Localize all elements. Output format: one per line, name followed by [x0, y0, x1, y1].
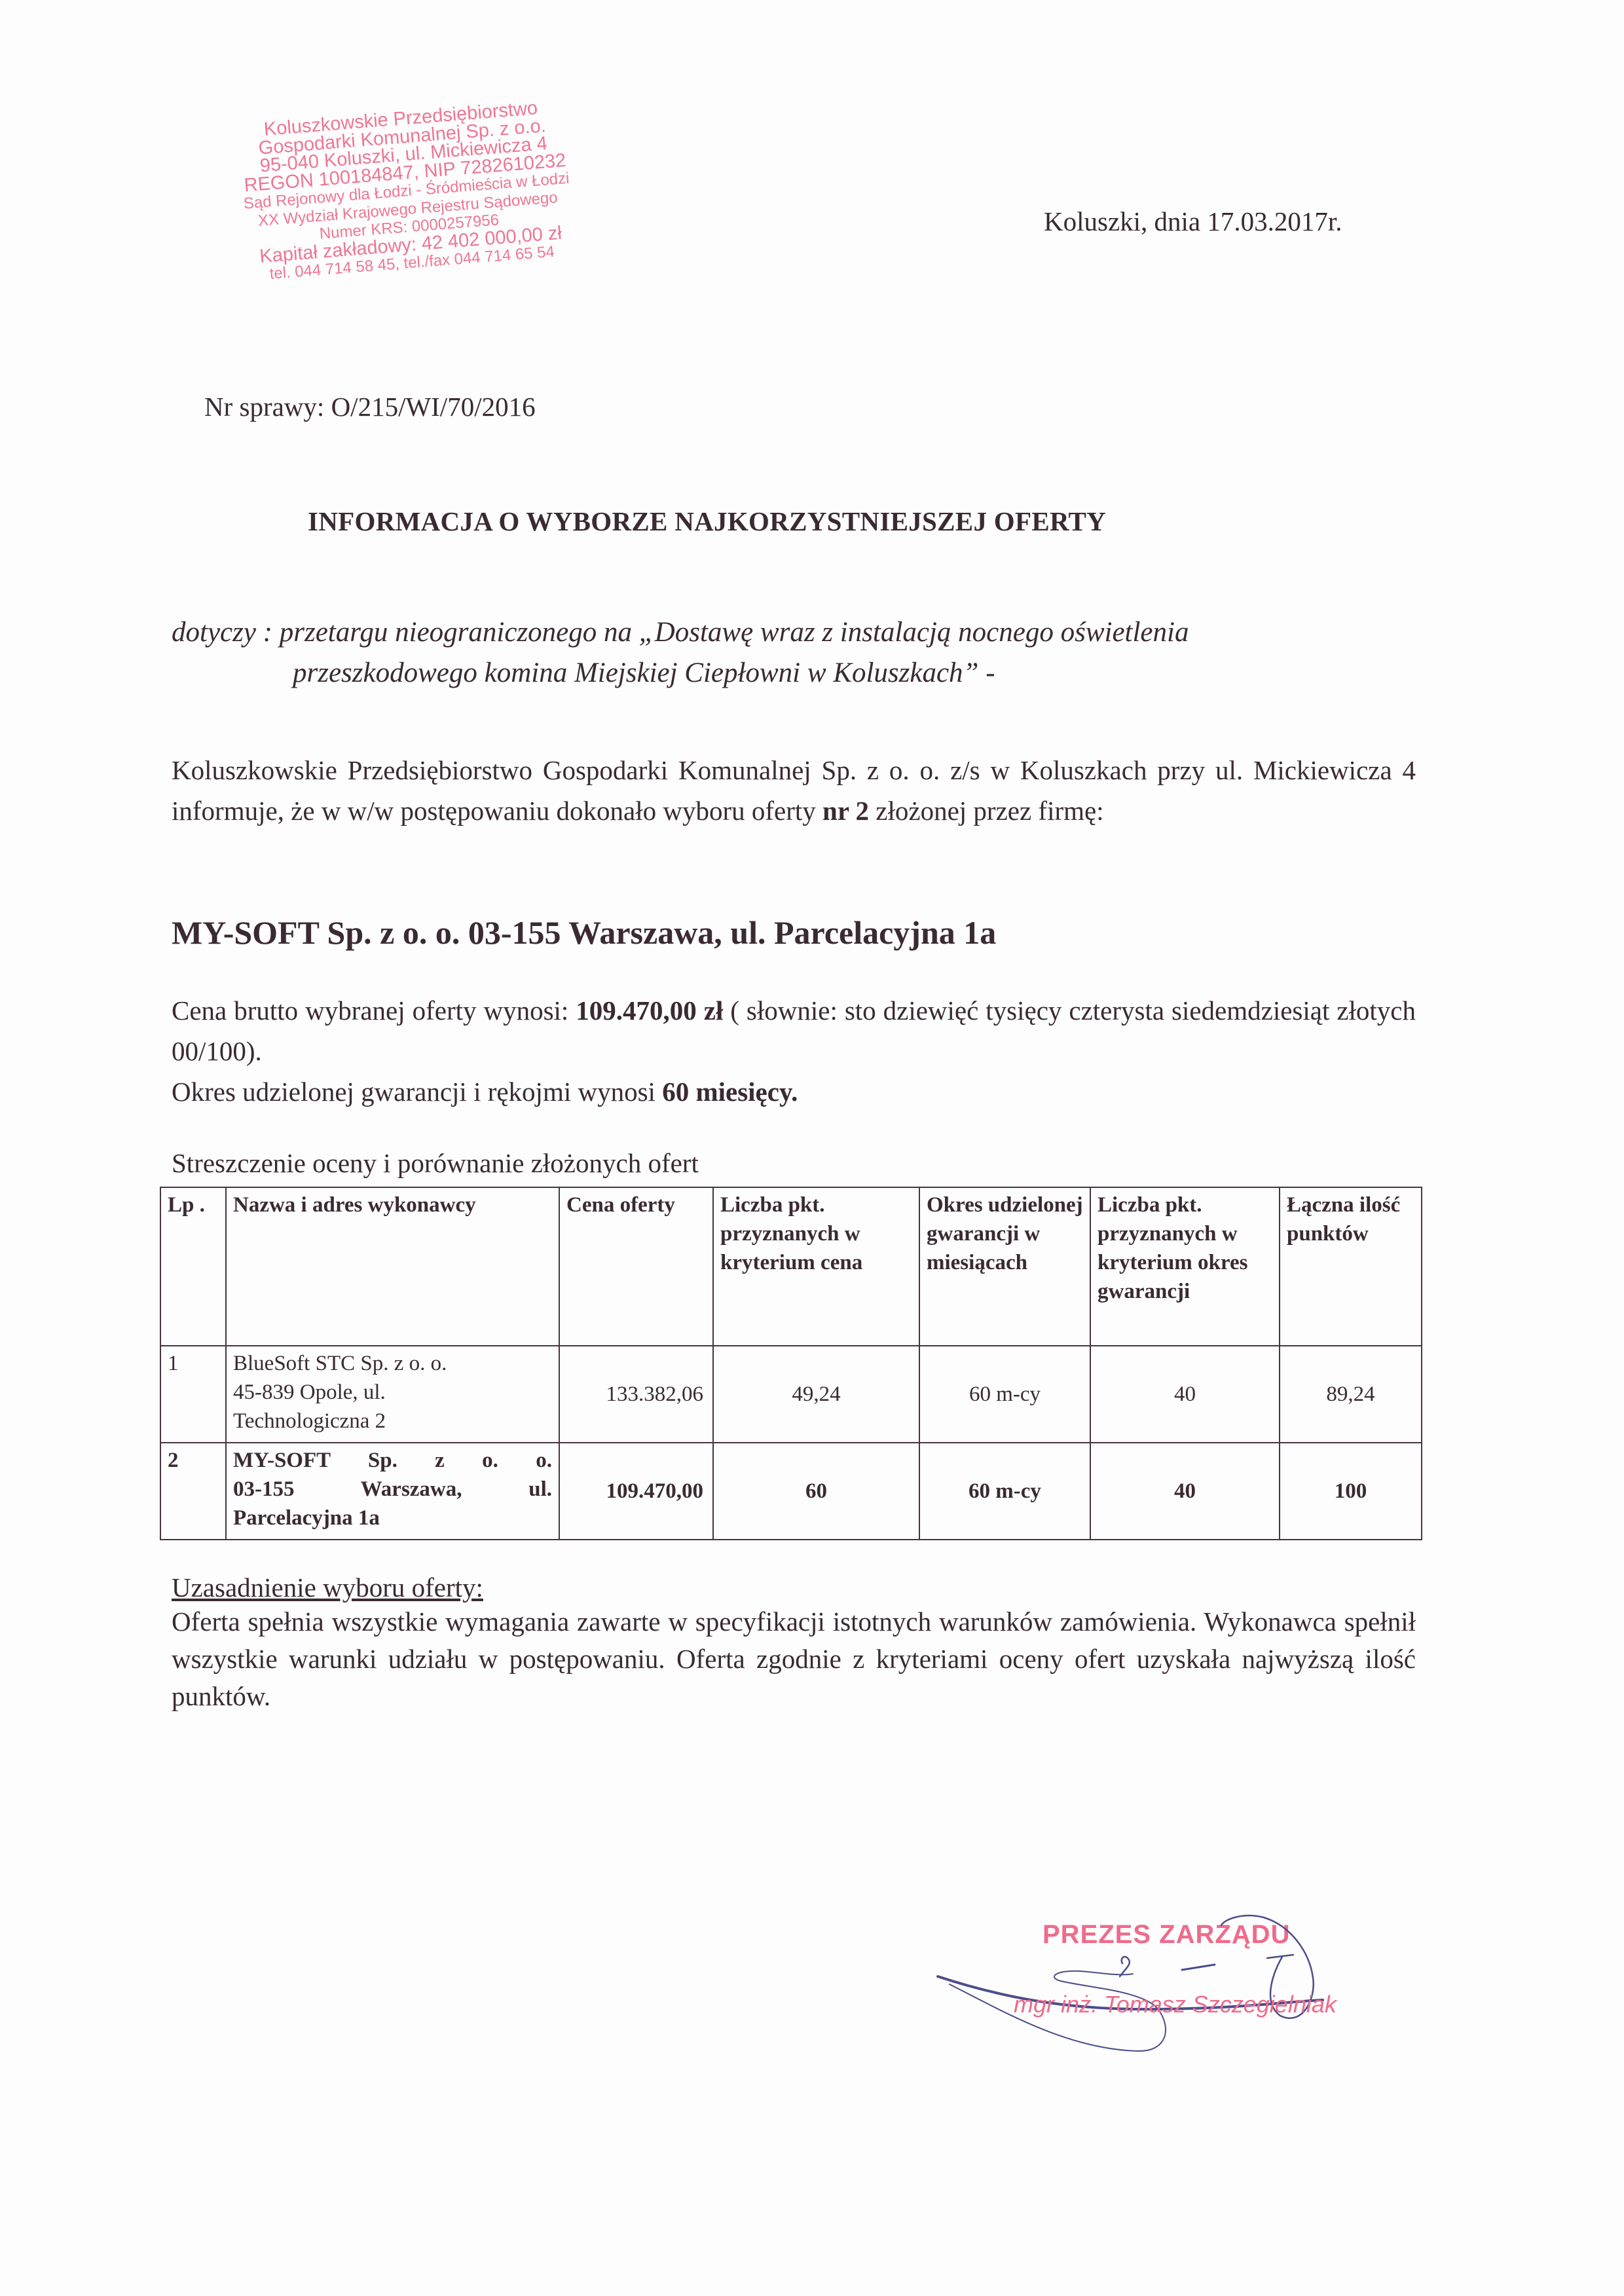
contractor-line: Technologiczna 2	[233, 1407, 552, 1435]
col-header-name: Nazwa i adres wykonawcy	[226, 1187, 559, 1346]
cell-total: 100	[1280, 1443, 1422, 1540]
contractor-line: BlueSoft STC Sp. z o. o.	[233, 1349, 552, 1378]
price-amount: 109.470,00 zł	[576, 995, 723, 1026]
col-header-warranty: Okres udzielonej gwarancji w miesiącach	[919, 1187, 1090, 1346]
justification-title: Uzasadnienie wyboru oferty:	[172, 1572, 483, 1603]
cell-warranty-points: 40	[1090, 1443, 1280, 1540]
col-header-total: Łączna ilość punktów	[1280, 1187, 1422, 1346]
contractor-line: 03-155 Warszawa, ul.	[233, 1475, 552, 1504]
contractor-line: 45-839 Opole, ul.	[233, 1378, 552, 1407]
col-header-warranty-points: Liczba pkt. przyznanych w kryterium okre…	[1090, 1187, 1280, 1346]
case-number: Nr sprawy: O/215/WI/70/2016	[204, 394, 536, 420]
cell-lp: 2	[160, 1443, 226, 1540]
offer-number: nr 2	[822, 796, 869, 826]
intro-text-end: złożonej przez firmę:	[869, 796, 1104, 826]
document-date: Koluszki, dnia 17.03.2017r.	[1044, 208, 1342, 235]
cell-lp: 1	[160, 1346, 226, 1443]
cell-price-points: 60	[713, 1443, 919, 1540]
intro-text: Koluszkowskie Przedsiębiorstwo Gospodark…	[172, 755, 1416, 826]
contractor-line: MY-SOFT Sp. z o. o.	[233, 1446, 552, 1475]
subject-line-1: dotyczy : przetargu nieograniczonego na …	[172, 617, 1189, 648]
cell-total: 89,24	[1280, 1346, 1422, 1443]
winning-company: MY-SOFT Sp. z o. o. 03-155 Warszawa, ul.…	[172, 914, 996, 952]
cell-warranty: 60 m-cy	[919, 1443, 1090, 1540]
summary-label: Streszczenie oceny i porównanie złożonyc…	[172, 1147, 699, 1179]
col-header-price: Cena oferty	[559, 1187, 713, 1346]
warranty-value: 60 miesięcy.	[662, 1077, 798, 1107]
cell-warranty-points: 40	[1090, 1346, 1280, 1443]
handwritten-signature	[923, 1899, 1395, 2056]
cell-contractor: BlueSoft STC Sp. z o. o. 45-839 Opole, u…	[226, 1346, 559, 1443]
cell-price: 133.382,06	[559, 1346, 713, 1443]
offers-table: Lp . Nazwa i adres wykonawcy Cena oferty…	[160, 1187, 1422, 1540]
price-label: Cena brutto wybranej oferty wynosi:	[172, 995, 576, 1026]
warranty-label: Okres udzielonej gwarancji i rękojmi wyn…	[172, 1077, 662, 1107]
intro-paragraph: Koluszkowskie Przedsiębiorstwo Gospodark…	[172, 750, 1416, 831]
contractor-line: Parcelacyjna 1a	[233, 1504, 552, 1532]
cell-price-points: 49,24	[713, 1346, 919, 1443]
signatory-name-stamp: mgr inż. Tomasz Szczegielniak	[1014, 1991, 1337, 2018]
table-header-row: Lp . Nazwa i adres wykonawcy Cena oferty…	[160, 1187, 1422, 1346]
cell-warranty: 60 m-cy	[919, 1346, 1090, 1443]
company-stamp: Koluszkowskie Przedsiębiorstwo Gospodark…	[172, 92, 641, 290]
subject: dotyczy : przetargu nieograniczonego na …	[172, 612, 1416, 694]
justification-text: Oferta spełnia wszystkie wymagania zawar…	[172, 1603, 1416, 1715]
cell-contractor: MY-SOFT Sp. z o. o. 03-155 Warszawa, ul.…	[226, 1443, 559, 1540]
cell-price: 109.470,00	[559, 1443, 713, 1540]
col-header-lp: Lp .	[160, 1187, 226, 1346]
document-title: INFORMACJA O WYBORZE NAJKORZYSTNIEJSZEJ …	[308, 506, 1106, 537]
col-header-price-points: Liczba pkt. przyznanych w kryterium cena	[713, 1187, 919, 1346]
table-row: 1 BlueSoft STC Sp. z o. o. 45-839 Opole,…	[160, 1346, 1422, 1443]
price-paragraph: Cena brutto wybranej oferty wynosi: 109.…	[172, 990, 1416, 1112]
subject-line-2: przeszkodowego komina Miejskiej Ciepłown…	[172, 653, 1416, 694]
table-row-selected: 2 MY-SOFT Sp. z o. o. 03-155 Warszawa, u…	[160, 1443, 1422, 1540]
